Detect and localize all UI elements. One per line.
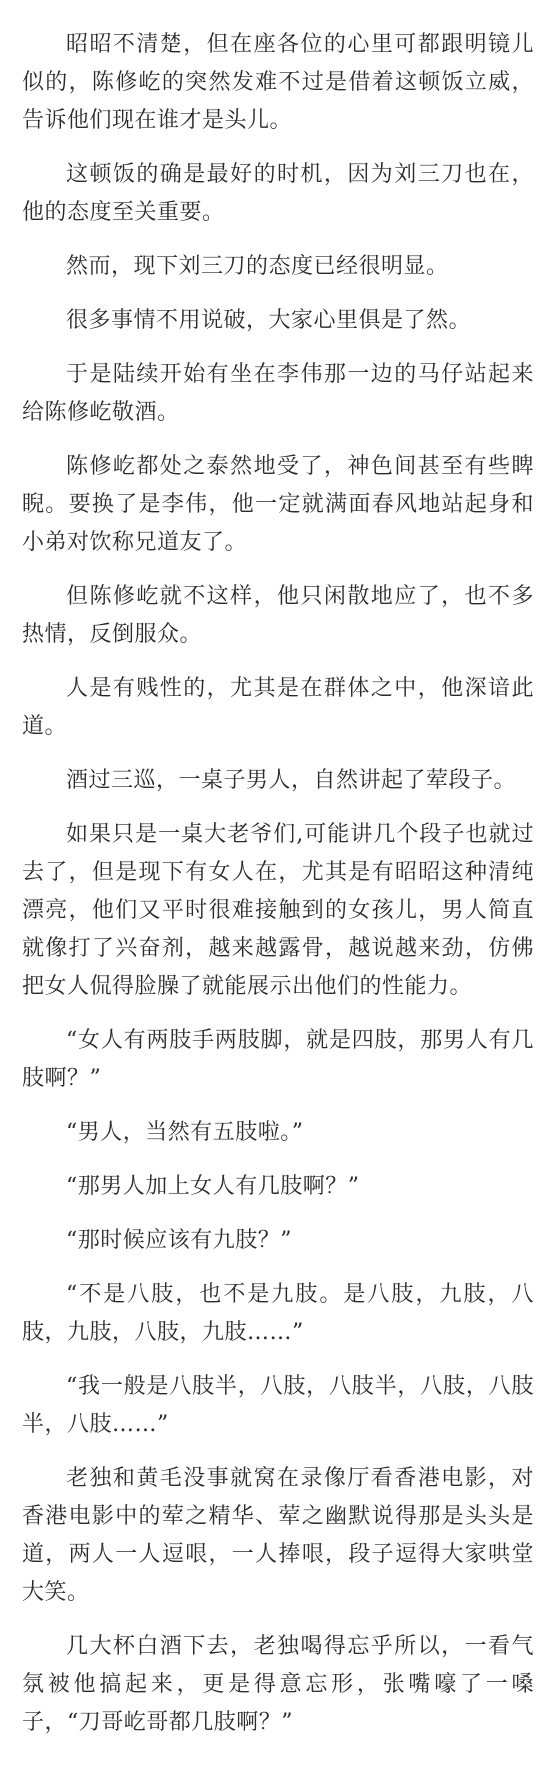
paragraph: 如果只是一桌大老爷们,可能讲几个段子也就过去了，但是现下有女人在，尤其是有昭昭这… bbox=[22, 816, 534, 1006]
novel-text: 昭昭不清楚，但在座各位的心里可都跟明镜儿似的，陈修屹的突然发难不过是借着这顿饭立… bbox=[22, 26, 534, 1742]
paragraph: 然而，现下刘三刀的态度已经很明显。 bbox=[22, 248, 534, 286]
paragraph: 老独和黄毛没事就窝在录像厅看香港电影，对香港电影中的荤之精华、荤之幽默说得那是头… bbox=[22, 1460, 534, 1612]
paragraph: 于是陆续开始有坐在李伟那一边的马仔站起来给陈修屹敬酒。 bbox=[22, 356, 534, 432]
paragraph: 很多事情不用说破，大家心里俱是了然。 bbox=[22, 302, 534, 340]
reading-page: 昭昭不清楚，但在座各位的心里可都跟明镜儿似的，陈修屹的突然发难不过是借着这顿饭立… bbox=[0, 0, 560, 1778]
paragraph: “不是八肢，也不是九肢。是八肢，九肢，八肢，九肢，八肢，九肢……” bbox=[22, 1276, 534, 1352]
paragraph: “那时候应该有九肢？” bbox=[22, 1222, 534, 1260]
paragraph: 昭昭不清楚，但在座各位的心里可都跟明镜儿似的，陈修屹的突然发难不过是借着这顿饭立… bbox=[22, 26, 534, 140]
paragraph: 但陈修屹就不这样，他只闲散地应了，也不多热情，反倒服众。 bbox=[22, 578, 534, 654]
paragraph: “男人，当然有五肢啦。” bbox=[22, 1114, 534, 1152]
paragraph: “那男人加上女人有几肢啊？” bbox=[22, 1168, 534, 1206]
paragraph: 陈修屹都处之泰然地受了，神色间甚至有些睥睨。要换了是李伟，他一定就满面春风地站起… bbox=[22, 448, 534, 562]
paragraph: 这顿饭的确是最好的时机，因为刘三刀也在，他的态度至关重要。 bbox=[22, 156, 534, 232]
paragraph: “女人有两肢手两肢脚，就是四肢，那男人有几肢啊？” bbox=[22, 1022, 534, 1098]
paragraph: 几大杯白酒下去，老独喝得忘乎所以，一看气氛被他搞起来，更是得意忘形，张嘴嚎了一嗓… bbox=[22, 1628, 534, 1742]
paragraph: 酒过三巡，一桌子男人，自然讲起了荤段子。 bbox=[22, 762, 534, 800]
paragraph: 人是有贱性的，尤其是在群体之中，他深谙此道。 bbox=[22, 670, 534, 746]
paragraph: “我一般是八肢半，八肢，八肢半，八肢，八肢半，八肢……” bbox=[22, 1368, 534, 1444]
